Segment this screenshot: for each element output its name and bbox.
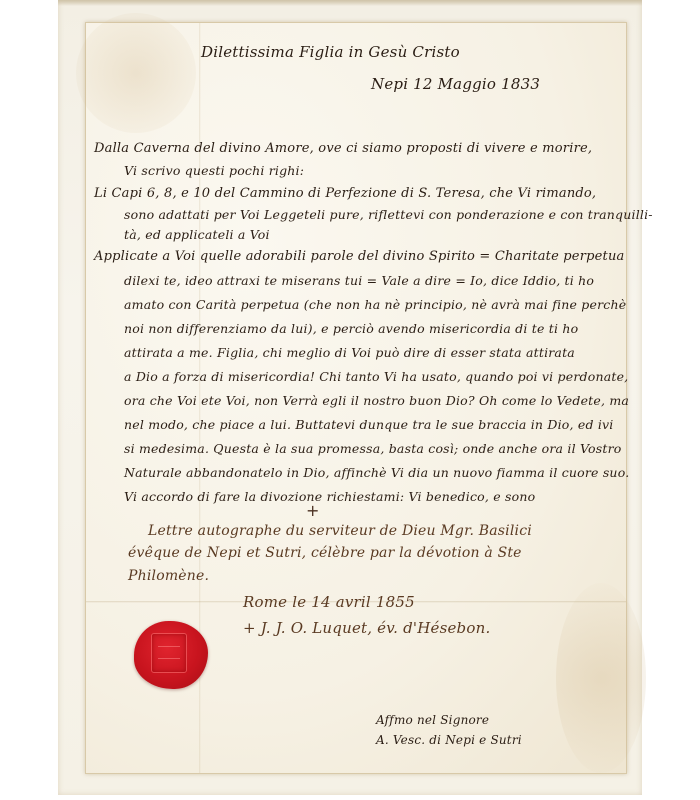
- body-line: Applicate a Voi quelle adorabili parole …: [94, 249, 624, 264]
- salutation: Dilettissima Figlia in Gesù Cristo: [201, 43, 460, 61]
- body-line: nel modo, che piace a lui. Buttatevi dun…: [124, 417, 613, 432]
- annotation-line: Lettre autographe du serviteur de Dieu M…: [148, 523, 532, 539]
- cross-mark: +: [306, 501, 319, 520]
- paper-stain: [556, 583, 646, 773]
- outer-page: Dilettissima Figlia in Gesù Cristo Nepi …: [58, 0, 642, 795]
- body-line: Vi accordo di fare la divozione richiest…: [124, 489, 535, 504]
- body-line: Naturale abbandonatelo in Dio, affinchè …: [124, 465, 629, 480]
- closing-line: Affmo nel Signore: [376, 713, 489, 727]
- seal-emblem: [151, 633, 187, 673]
- body-line: amato con Carità perpetua (che non ha nè…: [124, 297, 626, 312]
- paper-stain: [76, 13, 196, 133]
- letter-sheet: Dilettissima Figlia in Gesù Cristo Nepi …: [85, 22, 627, 774]
- body-line: tà, ed applicateli a Voi: [124, 227, 270, 242]
- body-line: Vi scrivo questi pochi righi:: [124, 163, 304, 178]
- body-line: dilexi te, ideo attraxi te miserans tui …: [124, 273, 594, 288]
- body-line: si medesima. Questa è la sua promessa, b…: [124, 441, 621, 456]
- annotation-line: évêque de Nepi et Sutri, célèbre par la …: [128, 545, 522, 561]
- wax-seal: [134, 621, 208, 689]
- body-line: Dalla Caverna del divino Amore, ove ci s…: [94, 141, 592, 156]
- closing-line: A. Vesc. di Nepi e Sutri: [376, 733, 522, 747]
- body-line: Li Capi 6, 8, e 10 del Cammino di Perfez…: [94, 186, 596, 201]
- annotation-place-date: Rome le 14 avril 1855: [243, 593, 415, 611]
- annotation-line: Philomène.: [128, 568, 209, 584]
- annotation-signature: + J. J. O. Luquet, év. d'Hésebon.: [243, 619, 490, 637]
- body-line: a Dio a forza di misericordia! Chi tanto…: [124, 369, 628, 384]
- body-line: sono adattati per Voi Leggeteli pure, ri…: [124, 207, 653, 222]
- body-line: attirata a me. Figlia, chi meglio di Voi…: [124, 345, 575, 360]
- body-line: ora che Voi ete Voi, non Verrà egli il n…: [124, 393, 629, 408]
- dateline: Nepi 12 Maggio 1833: [371, 75, 540, 93]
- body-line: noi non differenziamo da lui), e perciò …: [124, 321, 578, 336]
